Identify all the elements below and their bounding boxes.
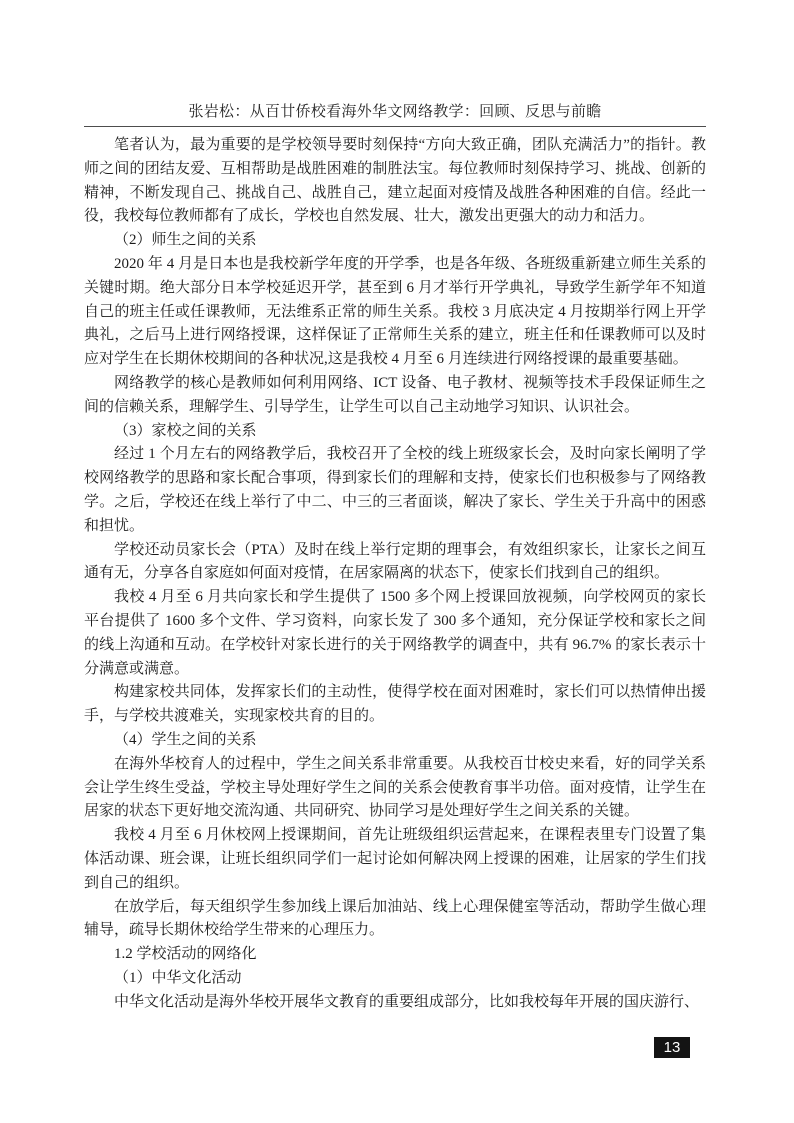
body-paragraph: 在放学后，每天组织学生参加线上课后加油站、线上心理保健室等活动，帮助学生做心理辅… bbox=[84, 896, 706, 944]
body-paragraph: 在海外华校育人的过程中，学生之间关系非常重要。从我校百廿校史来看，好的同学关系会… bbox=[84, 753, 706, 824]
section-heading: （4）学生之间的关系 bbox=[84, 729, 706, 753]
body-paragraph: 我校 4 月至 6 月休校网上授课期间，首先让班级组织运营起来，在课程表里专门设… bbox=[84, 824, 706, 895]
body-paragraph: 中华文化活动是海外华校开展华文教育的重要组成部分，比如我校每年开展的国庆游行、 bbox=[84, 991, 706, 1015]
header-divider bbox=[84, 126, 706, 127]
section-heading: 1.2 学校活动的网络化 bbox=[84, 943, 706, 967]
body-paragraph: 网络教学的核心是教师如何利用网络、ICT 设备、电子教材、视频等技术手段保证师生… bbox=[84, 372, 706, 420]
article-body: 笔者认为，最为重要的是学校领导要时刻保持“方向大致正确，团队充满活力”的指针。教… bbox=[84, 134, 706, 1014]
section-heading: （3）家校之间的关系 bbox=[84, 420, 706, 444]
body-paragraph: 我校 4 月至 6 月共向家长和学生提供了 1500 多个网上授课回放视频，向学… bbox=[84, 586, 706, 681]
running-head-title: 张岩松：从百廿侨校看海外华文网络教学：回顾、反思与前瞻 bbox=[84, 101, 706, 123]
page-number-badge: 13 bbox=[654, 1037, 690, 1058]
section-heading: （2）师生之间的关系 bbox=[84, 229, 706, 253]
body-paragraph: 笔者认为，最为重要的是学校领导要时刻保持“方向大致正确，团队充满活力”的指针。教… bbox=[84, 134, 706, 229]
body-paragraph: 经过 1 个月左右的网络教学后，我校召开了全校的线上班级家长会，及时向家长阐明了… bbox=[84, 443, 706, 538]
body-paragraph: 2020 年 4 月是日本也是我校新学年度的开学季，也是各年级、各班级重新建立师… bbox=[84, 253, 706, 372]
body-paragraph: 学校还动员家长会（PTA）及时在线上举行定期的理事会，有效组织家长，让家长之间互… bbox=[84, 539, 706, 587]
document-page: 张岩松：从百廿侨校看海外华文网络教学：回顾、反思与前瞻 笔者认为，最为重要的是学… bbox=[0, 0, 794, 1123]
body-paragraph: 构建家校共同体，发挥家长们的主动性，使得学校在面对困难时，家长们可以热情伸出援手… bbox=[84, 681, 706, 729]
section-heading: （1）中华文化活动 bbox=[84, 967, 706, 991]
